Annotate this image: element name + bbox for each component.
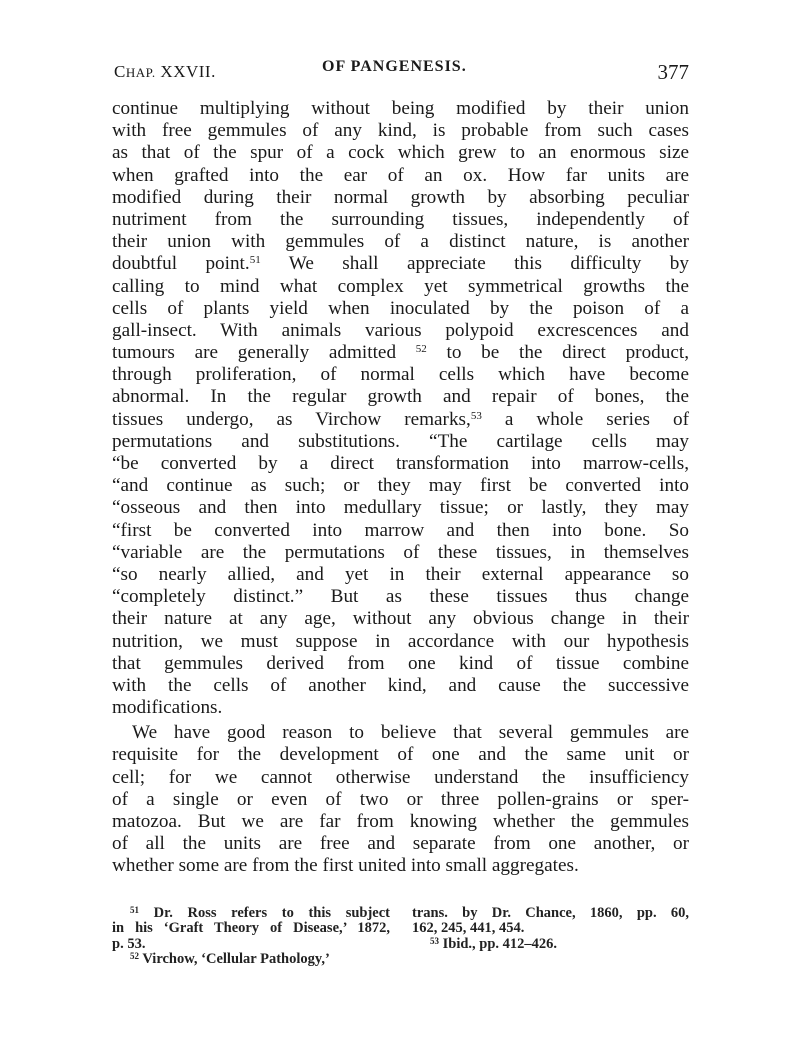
text-line: through proliferation, of normal cells w… [112,364,689,386]
text-line: “be converted by a direct transformation… [112,453,689,475]
footnote-line: in his ‘Graft Theory of Disease,’ 1872, [112,921,390,937]
text-line: matozoa. But we are far from knowing whe… [112,811,689,833]
text-segment: tissues undergo, as Virchow remarks, [112,409,471,430]
footnote-text: Ibid., pp. 412–426. [439,936,557,952]
text-line: “completely distinct.” But as these tiss… [112,586,689,608]
footnote-text: trans. by Dr. Chance, 1860, pp. 60, [412,905,689,921]
body-text: continue multiplying without being modif… [112,98,689,878]
text-line: modifications. [112,697,689,719]
text-line: “first be converted into marrow and then… [112,520,689,542]
text-line: whether some are from the first united i… [112,855,689,877]
text-line: “osseous and then into medullary tissue;… [112,497,689,519]
paragraph-2: We have good reason to believe that seve… [112,722,689,877]
text-line: tumours are generally admitted 52 to be … [112,342,689,364]
running-header: CHAP. XXVII. OF PANGENESIS. 377 [112,56,689,86]
footnote-text: Dr. Ross refers to this subject [139,905,390,921]
text-line: of all the units are free and separate f… [112,833,689,855]
footnote-reference[interactable]: 51 [250,254,261,266]
text-segment: a whole series of [482,409,689,430]
footnote-reference[interactable]: 53 [471,410,482,422]
chapter-prefix: C [114,62,126,81]
text-line: that gemmules derived from one kind of t… [112,653,689,675]
text-line: with the cells of another kind, and caus… [112,675,689,697]
footnote-reference[interactable]: 52 [416,343,427,355]
text-line: their union with gemmules of a distinct … [112,231,689,253]
page-number: 377 [658,60,690,85]
text-line: of a single or even of two or three poll… [112,789,689,811]
text-line: doubtful point.51 We shall appreciate th… [112,253,689,275]
text-line: cells of plants yield when inoculated by… [112,298,689,320]
footnote-text: in his ‘Graft Theory of Disease,’ 1872, [112,920,390,936]
footnote-line: 51 Dr. Ross refers to this subject [112,906,390,922]
text-line: “variable are the permutations of these … [112,542,689,564]
footnotes: 51 Dr. Ross refers to this subjectin his… [112,906,689,986]
text-line: permutations and substitutions. “The car… [112,431,689,453]
text-line: cell; for we cannot otherwise understand… [112,767,689,789]
footnote-number: 53 [430,936,439,946]
text-segment: tumours are generally admitted [112,342,416,363]
text-segment: We shall appreciate this difficulty by [261,253,689,274]
text-line: continue multiplying without being modif… [112,98,689,120]
text-line: nutrition, we must suppose in accordance… [112,631,689,653]
footnote-line: trans. by Dr. Chance, 1860, pp. 60, [412,906,689,922]
book-page: CHAP. XXVII. OF PANGENESIS. 377 continue… [112,56,689,986]
text-line: as that of the spur of a cock which grew… [112,142,689,164]
footnote-line: 162, 245, 441, 454. [412,921,689,937]
paragraph-1: continue multiplying without being modif… [112,98,689,719]
chapter-prefix-small: HAP. [126,65,156,80]
chapter-number: XXVII. [156,62,216,81]
footnote-text: Virchow, ‘Cellular Pathology,’ [139,951,330,967]
footnotes-right-column: trans. by Dr. Chance, 1860, pp. 60,162, … [412,906,689,953]
text-line: “so nearly allied, and yet in their exte… [112,564,689,586]
text-line: their nature at any age, without any obv… [112,608,689,630]
text-line: We have good reason to believe that seve… [112,722,689,744]
footnote-text: p. 53. [112,936,145,952]
footnote-number: 52 [130,951,139,961]
footnotes-left-column: 51 Dr. Ross refers to this subjectin his… [112,906,390,968]
text-line: tissues undergo, as Virchow remarks,53 a… [112,409,689,431]
footnote-number: 51 [130,905,139,915]
text-segment: to be the direct product, [427,342,689,363]
footnote-line: 52 Virchow, ‘Cellular Pathology,’ [112,952,390,968]
footnote-line: 53 Ibid., pp. 412–426. [412,937,689,953]
running-title: OF PANGENESIS. [322,58,467,76]
text-line: “and continue as such; or they may first… [112,475,689,497]
footnote-text: 162, 245, 441, 454. [412,920,524,936]
text-line: modified during their normal growth by a… [112,187,689,209]
text-segment: doubtful point. [112,253,250,274]
footnote-line: p. 53. [112,937,390,953]
text-line: with free gemmules of any kind, is proba… [112,120,689,142]
text-line: requisite for the development of one and… [112,744,689,766]
text-line: abnormal. In the regular growth and repa… [112,386,689,408]
text-line: when grafted into the ear of an ox. How … [112,165,689,187]
text-line: nutriment from the surrounding tissues, … [112,209,689,231]
text-line: gall-insect. With animals various polypo… [112,320,689,342]
chapter-label: CHAP. XXVII. [114,62,216,82]
text-line: calling to mind what complex yet symmetr… [112,276,689,298]
